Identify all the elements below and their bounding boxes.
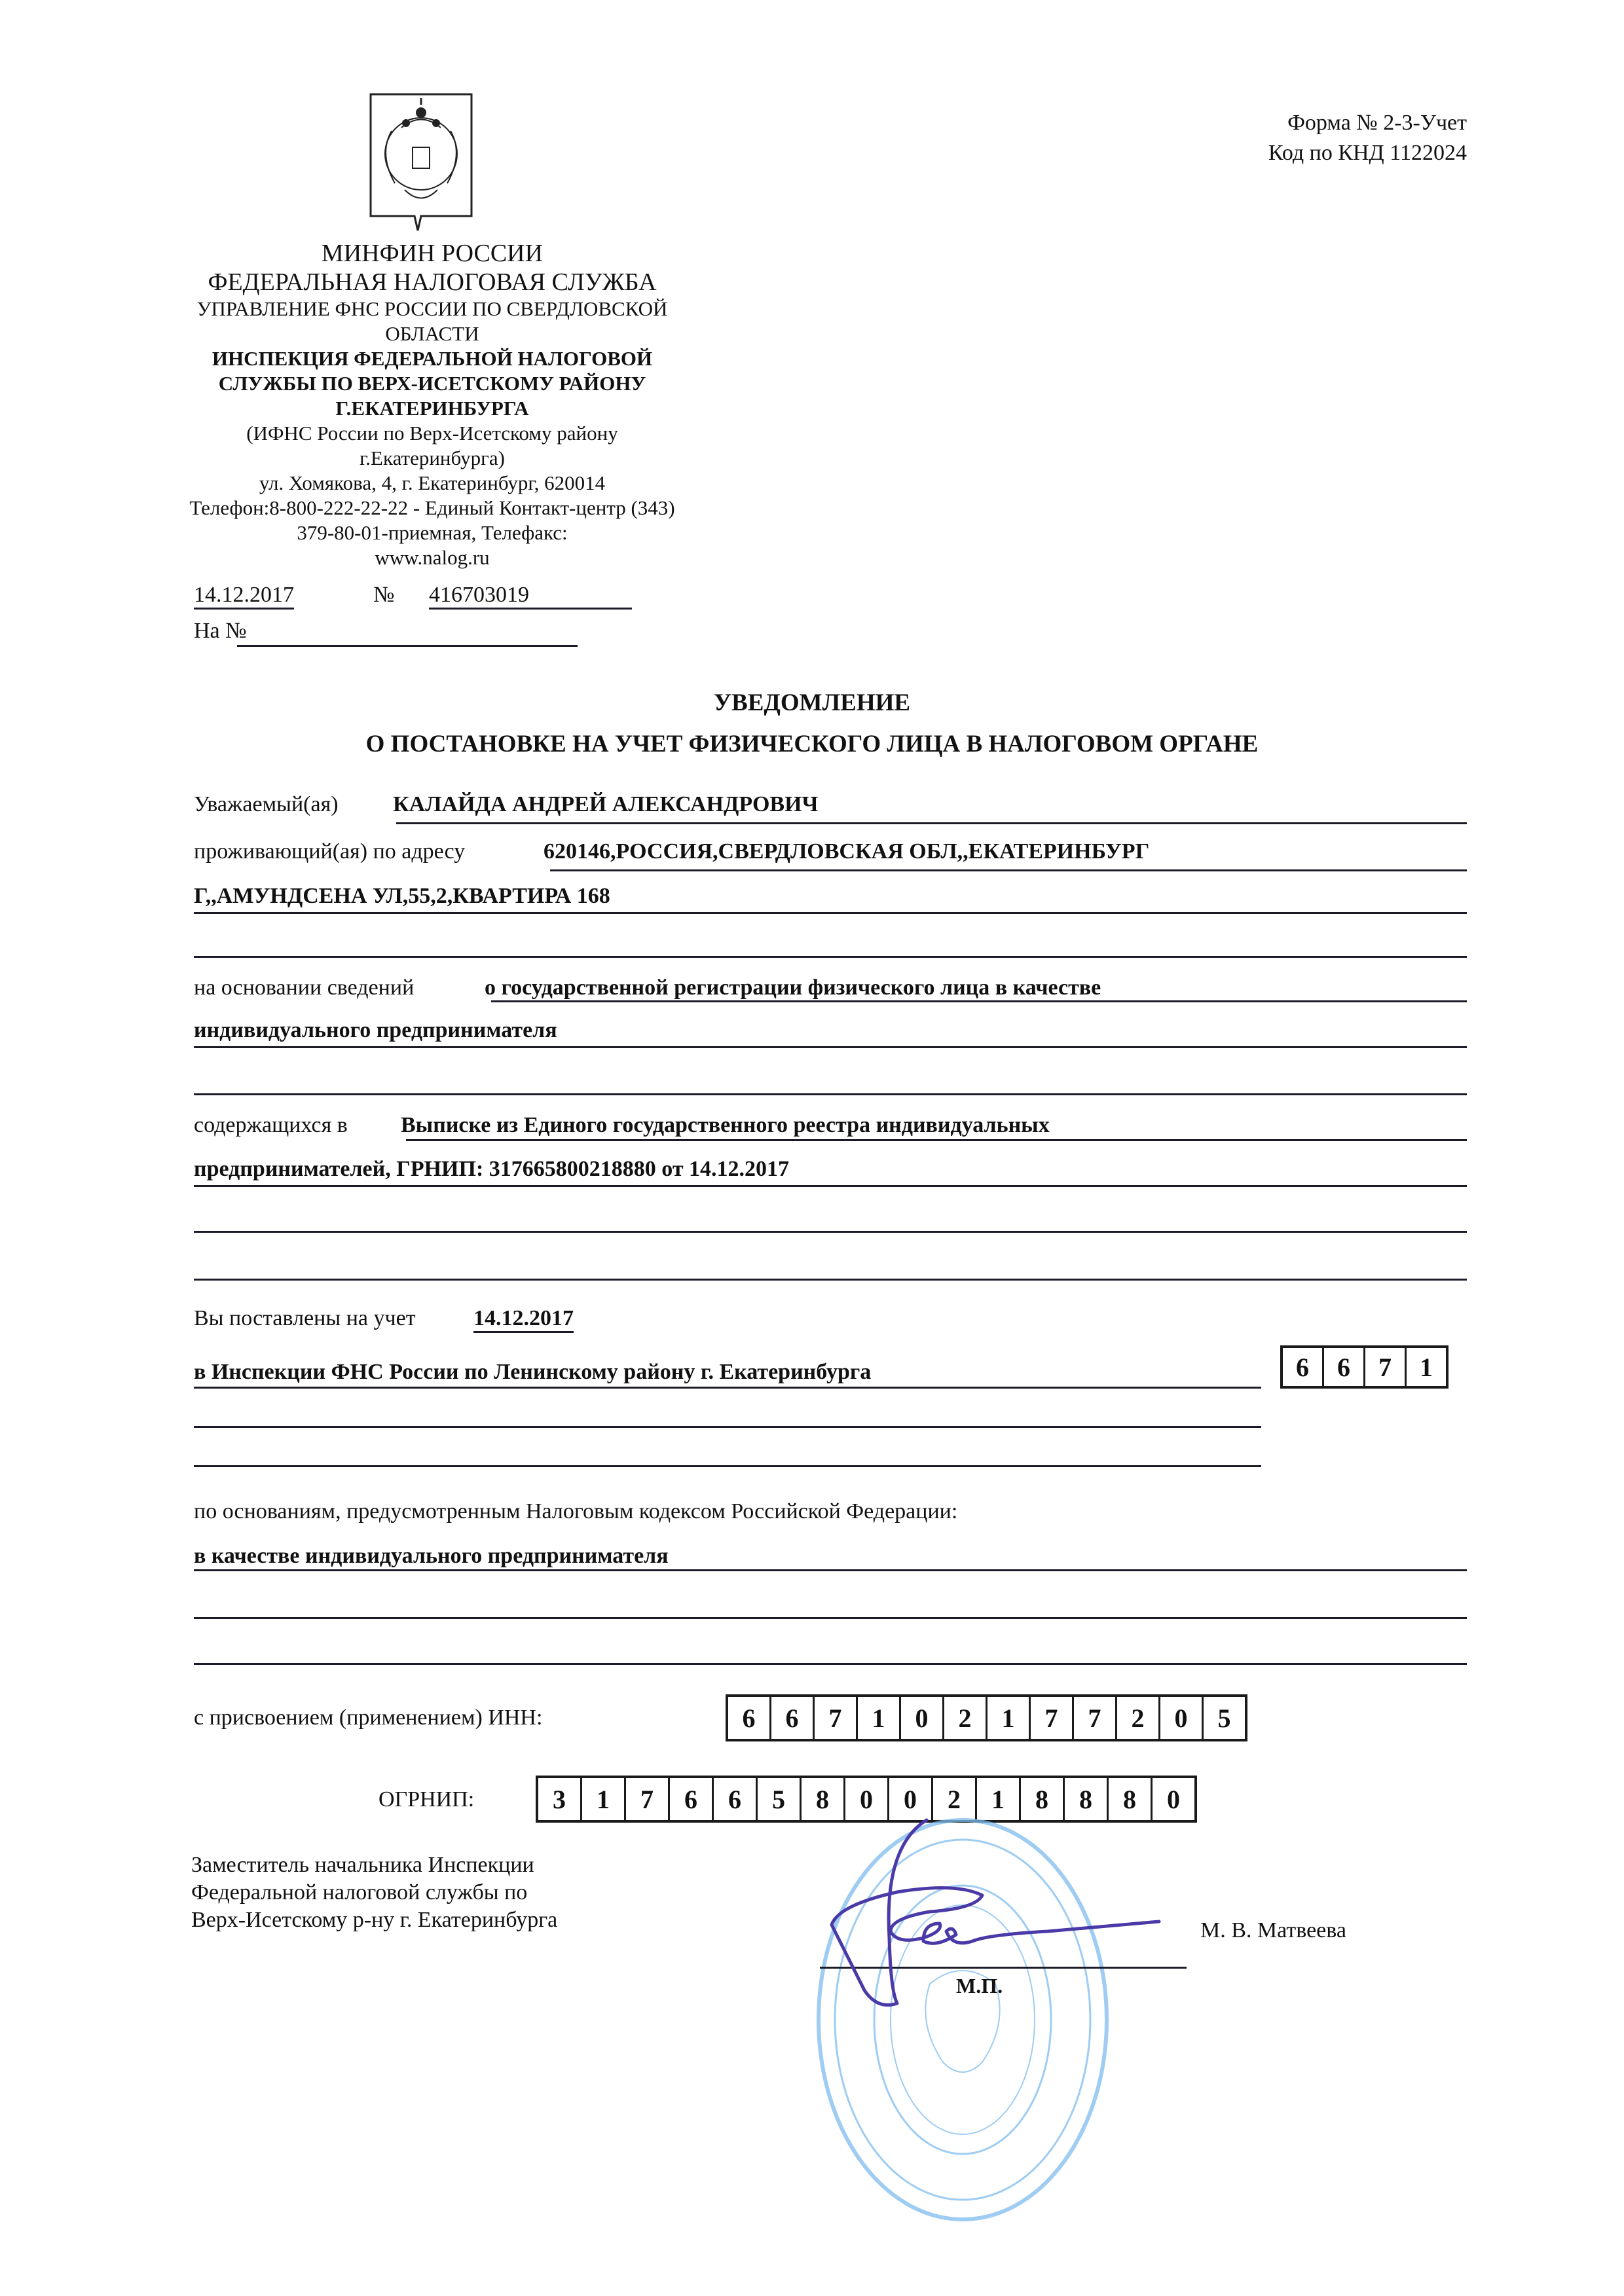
grounds-value: в качестве индивидуального предпринимате… xyxy=(194,1544,669,1569)
inn-digit: 2 xyxy=(944,1697,987,1739)
signer-position-line: Верх-Исетскому р-ну г. Екатеринбурга xyxy=(191,1906,557,1934)
source-underline-2 xyxy=(194,1185,1467,1187)
document-title: УВЕДОМЛЕНИЕ xyxy=(0,689,1624,717)
grounds-underline-3 xyxy=(194,1663,1467,1665)
inspection-underline-1 xyxy=(194,1387,1261,1389)
ogrnip-label: ОГРНИП: xyxy=(378,1787,474,1812)
inn-boxes: 667102177205 xyxy=(726,1694,1247,1741)
inn-digit: 6 xyxy=(728,1697,771,1739)
knd-code: Код по КНД 1122024 xyxy=(1268,138,1467,168)
inspection-code-digit: 7 xyxy=(1365,1348,1407,1386)
address-label: проживающий(ая) по адресу xyxy=(194,839,465,864)
inn-digit: 7 xyxy=(1074,1697,1117,1739)
inn-digit: 1 xyxy=(987,1697,1031,1739)
basis-line-2: индивидуального предпринимателя xyxy=(194,1018,557,1043)
ogrnip-digit: 7 xyxy=(626,1778,670,1820)
address-underline-2 xyxy=(194,912,1467,914)
signer-position-line: Заместитель начальника Инспекции xyxy=(191,1851,557,1879)
inspection-address: ул. Хомякова, 4, г. Екатеринбург, 620014 xyxy=(170,471,694,496)
inspection-name-value: в Инспекции ФНС России по Ленинскому рай… xyxy=(194,1360,871,1385)
inn-digit: 7 xyxy=(1031,1697,1074,1739)
source-line-1: Выписке из Единого государственного реес… xyxy=(401,1113,1050,1138)
inspection-phone: Телефон:8-800-222-22-22 - Единый Контакт… xyxy=(170,496,694,520)
source-line-2: предпринимателей, ГРНИП: 317665800218880… xyxy=(194,1157,789,1182)
issuer-header: МИНФИН РОССИИ ФЕДЕРАЛЬНАЯ НАЛОГОВАЯ СЛУЖ… xyxy=(170,239,694,570)
inspection-short-name: (ИФНС России по Верх-Исетскому району xyxy=(170,421,694,446)
reply-to-field xyxy=(237,619,578,647)
inn-digit: 0 xyxy=(1160,1697,1204,1739)
website: www.nalog.ru xyxy=(170,545,694,570)
doc-number-label: № xyxy=(373,583,394,608)
inn-digit: 5 xyxy=(1204,1697,1245,1739)
inn-digit: 6 xyxy=(771,1697,815,1739)
inn-digit: 2 xyxy=(1117,1697,1160,1739)
source-underline-4 xyxy=(194,1279,1467,1281)
inspection-short-name: г.Екатеринбурга) xyxy=(170,446,694,471)
doc-number: 416703019 xyxy=(429,583,632,610)
inspection-name: СЛУЖБЫ ПО ВЕРХ-ИСЕТСКОМУ РАЙОНУ xyxy=(170,371,694,396)
registered-date: 14.12.2017 xyxy=(473,1306,574,1333)
service-name: ФЕДЕРАЛЬНАЯ НАЛОГОВАЯ СЛУЖБА xyxy=(170,268,694,297)
dear-label: Уважаемый(ая) xyxy=(194,792,339,817)
inspection-code-digit: 6 xyxy=(1283,1348,1324,1386)
directorate-line: УПРАВЛЕНИЕ ФНС РОССИИ ПО СВЕРДЛОВСКОЙ xyxy=(170,297,694,321)
ogrnip-digit: 5 xyxy=(758,1778,802,1820)
handwritten-signature xyxy=(819,1807,1277,2056)
registered-label: Вы поставлены на учет xyxy=(194,1306,416,1331)
address-underline-1 xyxy=(550,869,1467,871)
inn-digit: 1 xyxy=(858,1697,901,1739)
inspection-code-digit: 6 xyxy=(1324,1348,1365,1386)
address-line-2: Г,,АМУНДСЕНА УЛ,55,2,КВАРТИРА 168 xyxy=(194,884,610,909)
ogrnip-digit: 6 xyxy=(670,1778,714,1820)
inspection-name: ИНСПЕКЦИЯ ФЕДЕРАЛЬНОЙ НАЛОГОВОЙ xyxy=(170,346,694,371)
form-number: Форма № 2-3-Учет xyxy=(1268,108,1467,138)
name-underline xyxy=(396,822,1467,824)
document-subtitle: О ПОСТАНОВКЕ НА УЧЕТ ФИЗИЧЕСКОГО ЛИЦА В … xyxy=(0,730,1624,758)
inspection-phone: 379-80-01-приемная, Телефакс: xyxy=(170,520,694,545)
source-label: содержащихся в xyxy=(194,1113,348,1138)
address-underline-3 xyxy=(194,956,1467,958)
inn-label: с присвоением (применением) ИНН: xyxy=(194,1705,542,1730)
source-underline-1 xyxy=(406,1139,1467,1141)
doc-number-value: 416703019 xyxy=(429,583,529,607)
ogrnip-digit: 3 xyxy=(538,1778,582,1820)
directorate-line: ОБЛАСТИ xyxy=(170,321,694,346)
inspection-code-digit: 1 xyxy=(1407,1348,1446,1386)
russian-coat-of-arms-icon xyxy=(365,92,477,232)
grounds-underline-1 xyxy=(194,1569,1467,1571)
basis-underline-3 xyxy=(194,1093,1467,1095)
inspection-underline-2 xyxy=(194,1426,1261,1428)
ogrnip-digit: 1 xyxy=(582,1778,626,1820)
signer-position: Заместитель начальника Инспекции Федерал… xyxy=(191,1851,557,1934)
inn-digit: 7 xyxy=(815,1697,858,1739)
inspection-underline-3 xyxy=(194,1465,1261,1467)
basis-underline-2 xyxy=(194,1046,1467,1048)
basis-underline-1 xyxy=(491,1000,1467,1002)
ministry-name: МИНФИН РОССИИ xyxy=(170,239,694,268)
address-line-1: 620146,РОССИЯ,СВЕРДЛОВСКАЯ ОБЛ,,ЕКАТЕРИН… xyxy=(544,839,1149,864)
signer-position-line: Федеральной налоговой службы по xyxy=(191,1879,557,1906)
inspection-code-boxes: 6671 xyxy=(1280,1345,1449,1389)
basis-label: на основании сведений xyxy=(194,975,414,1000)
ogrnip-digit: 6 xyxy=(714,1778,758,1820)
source-underline-3 xyxy=(194,1231,1467,1233)
inn-digit: 0 xyxy=(901,1697,944,1739)
grounds-label: по основаниям, предусмотренным Налоговым… xyxy=(194,1499,957,1524)
form-info: Форма № 2-3-Учет Код по КНД 1122024 xyxy=(1268,108,1467,168)
basis-line-1: о государственной регистрации физическог… xyxy=(485,975,1101,1000)
grounds-underline-2 xyxy=(194,1617,1467,1619)
doc-date: 14.12.2017 xyxy=(194,583,294,610)
full-name: КАЛАЙДА АНДРЕЙ АЛЕКСАНДРОВИЧ xyxy=(393,792,819,817)
inspection-name: Г.ЕКАТЕРИНБУРГА xyxy=(170,396,694,421)
